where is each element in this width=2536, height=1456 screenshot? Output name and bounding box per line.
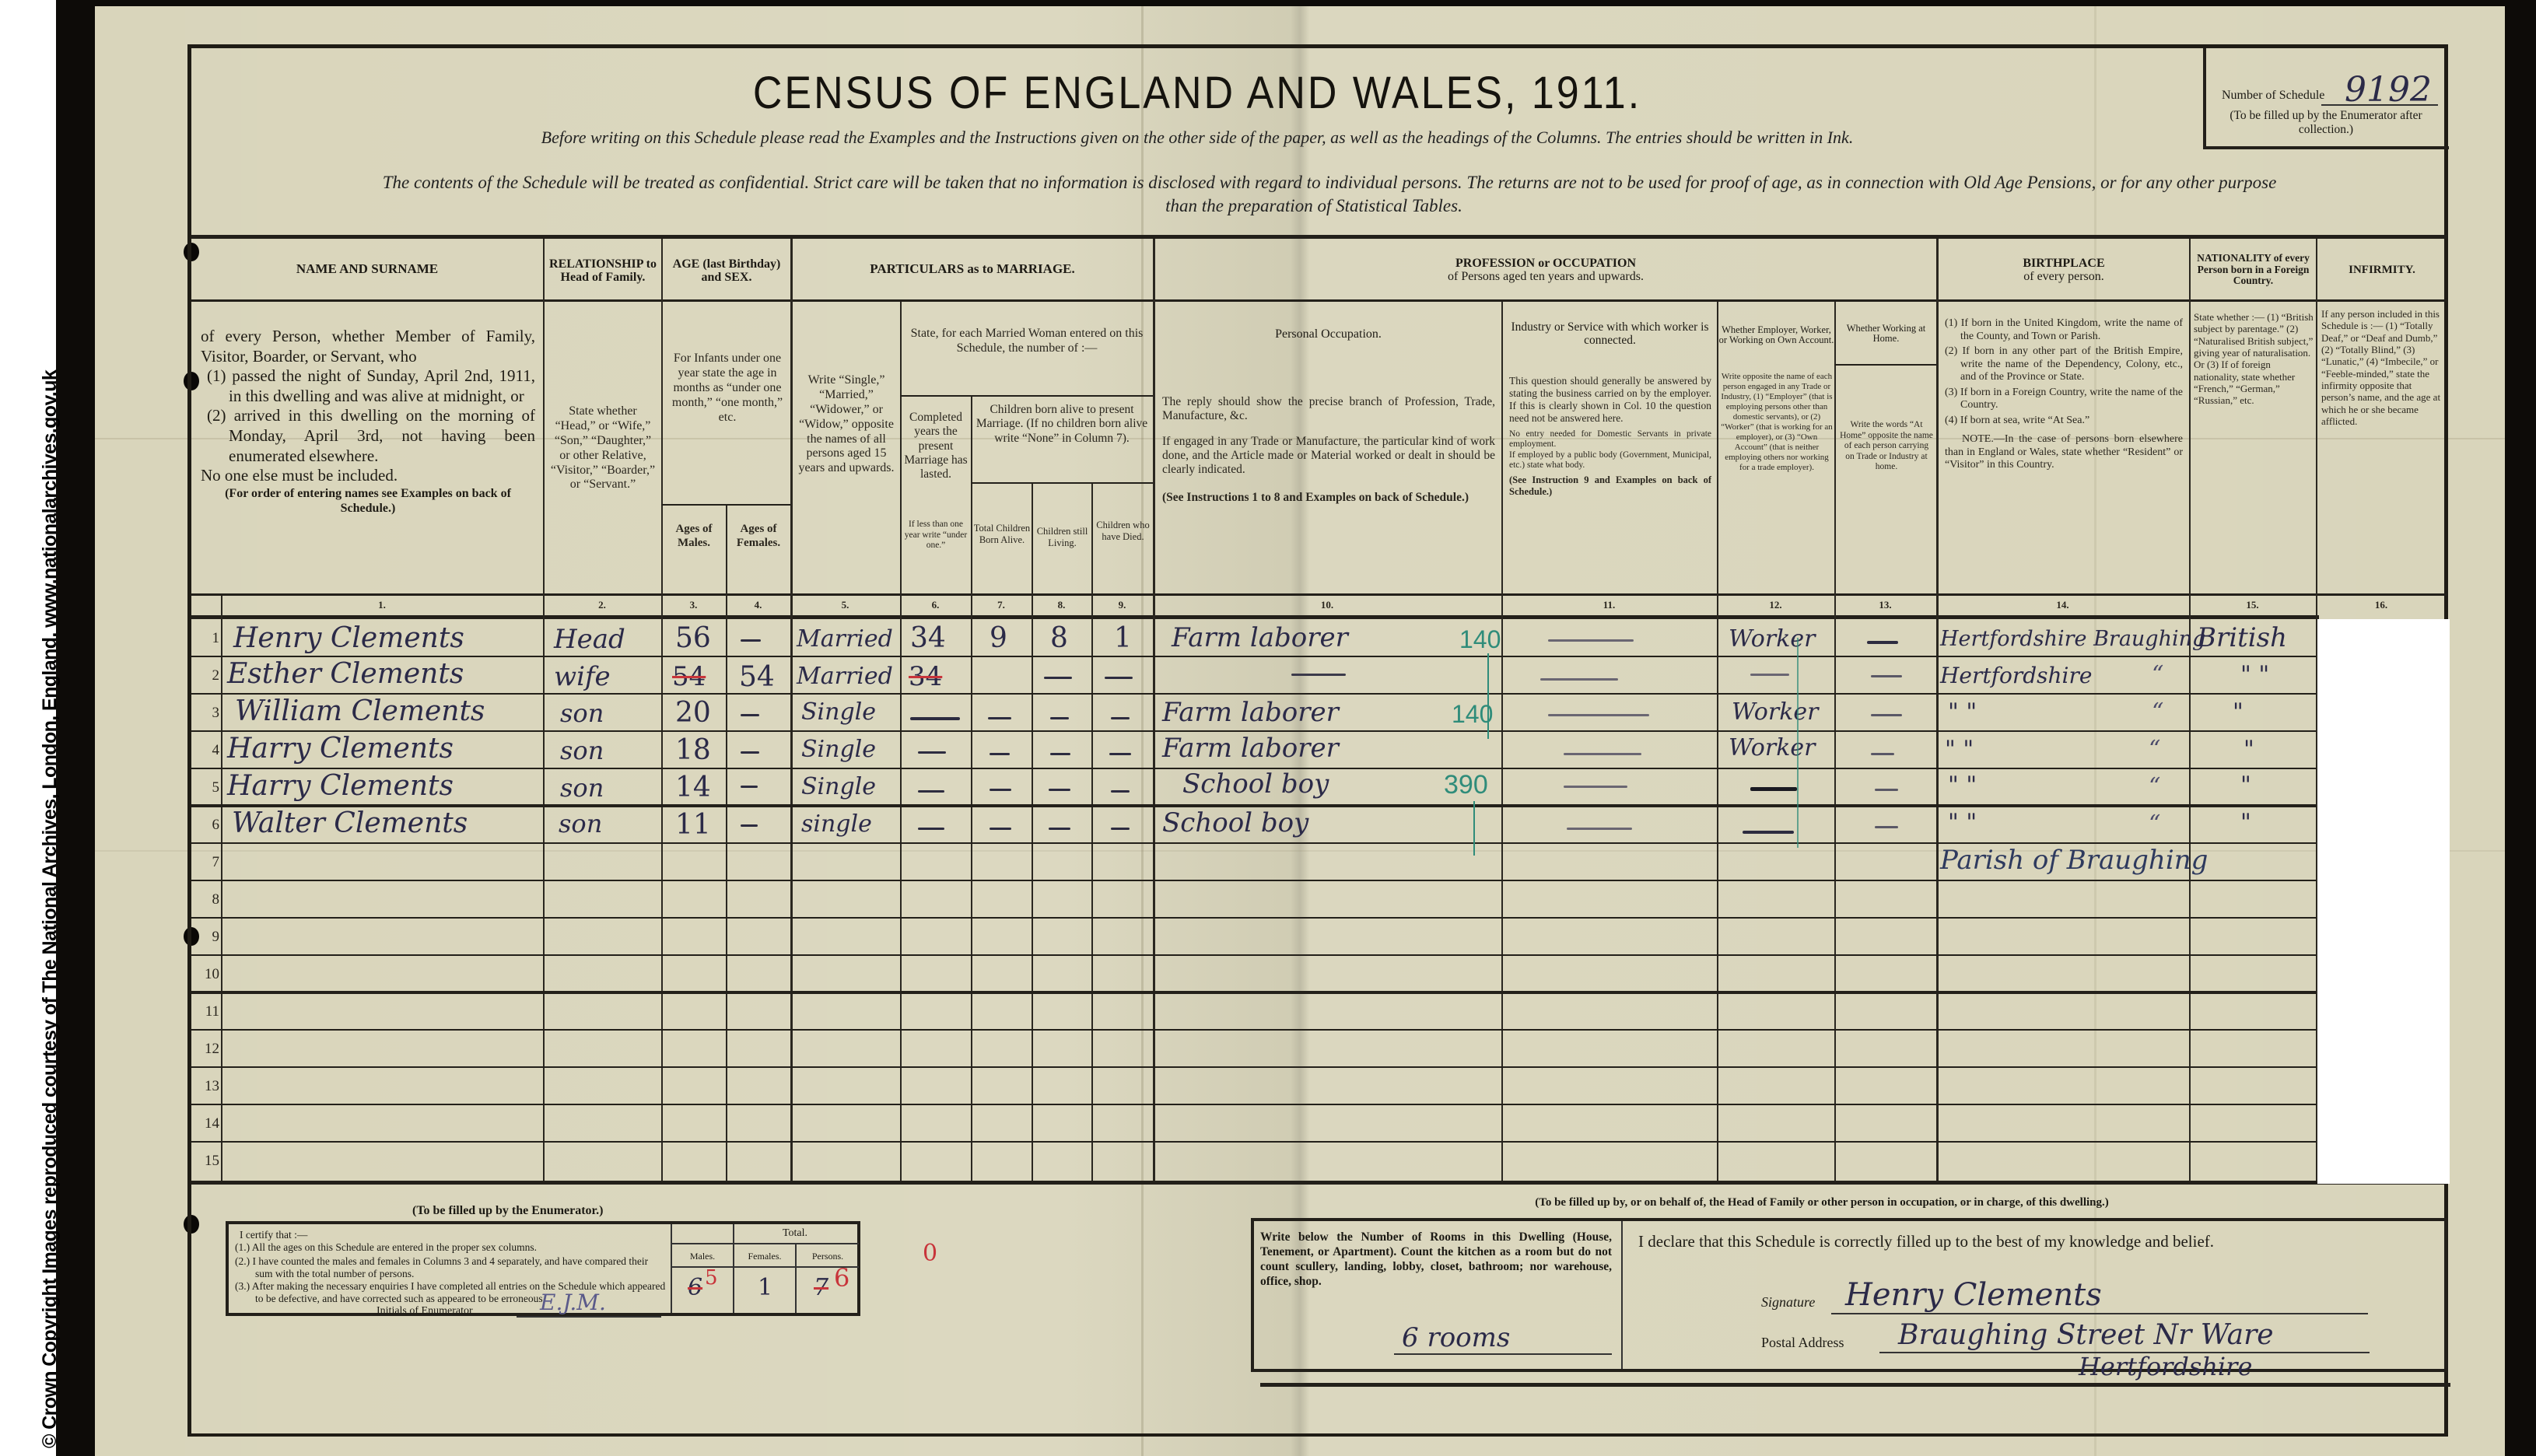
cell-birthplace[interactable]: " " xyxy=(1948,698,1977,726)
age-males-label: Ages of Males. xyxy=(663,523,725,550)
infirmity-instructions: If any person included in this Schedule … xyxy=(2321,308,2443,427)
col-divider xyxy=(1501,302,1503,1184)
cell-occupation-dash[interactable] xyxy=(1291,674,1346,676)
divider xyxy=(1834,364,1936,366)
cell-condition[interactable]: Married xyxy=(797,663,893,690)
marriage-years-note: If less than one year write “under one.” xyxy=(902,520,969,551)
col-number: 15. xyxy=(2189,599,2316,611)
cell-living-dash[interactable] xyxy=(1050,717,1069,719)
cell-age-male[interactable]: 14 xyxy=(675,772,711,803)
name-instr-3: (2) arrived in this dwelling on the morn… xyxy=(207,406,535,466)
col-divider xyxy=(1091,484,1093,1184)
cell-years-dash[interactable] xyxy=(918,751,946,754)
cell-died-dash[interactable] xyxy=(1111,790,1130,793)
divider xyxy=(900,395,1153,397)
home-label: Whether Working at Home. xyxy=(1836,305,1936,362)
heading-age: AGE (last Birthday) and SEX. xyxy=(663,241,790,300)
cell-living-dash[interactable] xyxy=(1049,828,1070,830)
cell-relationship[interactable]: wife xyxy=(554,661,611,692)
cell-birthplace[interactable]: " " xyxy=(1948,772,1977,799)
postal-address-label: Postal Address xyxy=(1761,1335,1844,1351)
name-instr-4: No one else must be included. xyxy=(201,466,535,486)
cell-relationship[interactable]: Head xyxy=(554,624,625,655)
personal-instr-2: If engaged in any Trade or Manufacture, … xyxy=(1162,435,1495,478)
industry-instr-1: This question should generally be answer… xyxy=(1509,375,1711,425)
cell-industry-dash[interactable] xyxy=(1548,639,1634,642)
divider xyxy=(191,615,2319,619)
males-value[interactable]: 6 xyxy=(688,1274,702,1301)
col-divider xyxy=(221,596,222,1184)
row-divider xyxy=(191,693,2316,695)
cell-industry-dash[interactable] xyxy=(1564,753,1641,755)
cell-birthplace-parish[interactable]: Parish of Braughing xyxy=(1940,845,2208,876)
cell-children-living-dash[interactable] xyxy=(1044,677,1072,679)
col-number: 12. xyxy=(1717,599,1834,611)
heading-occupation: PROFESSION or OCCUPATION of Persons aged… xyxy=(1155,241,1936,299)
heading-relationship: RELATIONSHIP to Head of Family. xyxy=(545,241,661,300)
divider xyxy=(672,1266,859,1268)
col-divider xyxy=(661,239,663,1184)
cell-children-died[interactable]: 1 xyxy=(1114,622,1132,654)
persons-value[interactable]: 7 xyxy=(814,1274,828,1301)
cell-children-died-dash[interactable] xyxy=(1105,677,1133,679)
cell-condition[interactable]: single xyxy=(801,810,872,838)
females-value[interactable]: 1 xyxy=(758,1274,772,1301)
cell-name[interactable]: Esther Clements xyxy=(227,658,464,690)
row-number: 7 xyxy=(187,854,219,871)
cell-occupation-code[interactable]: 390 xyxy=(1444,770,1488,800)
heading-infirmity-text: INFIRMITY. xyxy=(2349,264,2415,276)
cell-age-male-struck[interactable]: 54 xyxy=(672,661,706,692)
schedule-number-box: Number of Schedule 9192 (To be filled up… xyxy=(2203,48,2449,149)
cell-children-total[interactable]: 9 xyxy=(990,622,1007,654)
cell-industry-dash[interactable] xyxy=(1540,678,1618,681)
cell-age-female-dash[interactable] xyxy=(741,639,761,642)
industry-instructions: This question should generally be answer… xyxy=(1509,375,1711,497)
cell-home-dash[interactable] xyxy=(1871,753,1894,755)
cell-birthplace[interactable]: " " xyxy=(1948,809,1977,836)
postal-address-line2[interactable]: Hertfordshire xyxy=(2079,1352,2252,1381)
relationship-instructions: State whether “Head,” or “Wife,” “Son,” … xyxy=(549,404,657,492)
household-box: Write below the Number of Rooms in this … xyxy=(1251,1218,2447,1372)
industry-instr-3: If employed by a public body (Government… xyxy=(1509,450,1711,471)
birthplace-instr-1: (1) If born in the United Kingdom, write… xyxy=(1945,317,2183,343)
cell-children-living[interactable]: 8 xyxy=(1050,622,1068,654)
cell-total-dash[interactable] xyxy=(990,753,1010,755)
personal-instr-3: (See Instructions 1 to 8 and Examples on… xyxy=(1162,491,1495,505)
row-number: 12 xyxy=(187,1041,219,1058)
personal-occupation-instructions: The reply should show the precise branch… xyxy=(1162,395,1495,506)
divider xyxy=(661,504,790,506)
copyright-strip: © Crown Copyright Images reproduced cour… xyxy=(0,0,56,1456)
cell-age-female-dash[interactable] xyxy=(741,751,759,754)
title-block: CENSUS OF ENGLAND AND WALES, 1911. Befor… xyxy=(191,48,2203,235)
cell-died-dash[interactable] xyxy=(1109,753,1131,755)
cell-relationship[interactable]: son xyxy=(560,736,604,765)
cell-age-female[interactable]: 54 xyxy=(739,661,775,693)
col-number: 3. xyxy=(661,599,726,611)
row-number: 2 xyxy=(187,667,219,684)
cell-nationality[interactable]: " xyxy=(2244,736,2254,763)
divider xyxy=(191,299,2447,302)
cell-condition[interactable]: Single xyxy=(801,698,876,726)
heading-marriage-text: PARTICULARS as to MARRIAGE. xyxy=(870,262,1075,276)
cell-occupation[interactable]: School boy xyxy=(1162,807,1308,838)
row-number: 1 xyxy=(187,630,219,647)
tally-mark xyxy=(1487,653,1489,739)
col-number: 9. xyxy=(1091,599,1153,611)
marriage-years-label: Completed years the present Marriage has… xyxy=(902,411,969,481)
cell-home-dash[interactable] xyxy=(1871,675,1902,677)
heading-infirmity: INFIRMITY. xyxy=(2317,241,2447,299)
birthplace-instr-3: (3) If born in a Foreign Country, write … xyxy=(1945,387,2183,412)
cell-home-dash[interactable] xyxy=(1875,826,1898,828)
household-caption: (To be filled up by, or on behalf of, th… xyxy=(1301,1196,2343,1209)
col-number: 1. xyxy=(221,599,543,611)
married-woman-instructions: State, for each Married Woman entered on… xyxy=(904,327,1150,356)
row-divider xyxy=(191,1066,2316,1068)
cell-employer[interactable]: Worker xyxy=(1729,625,1815,653)
cell-name[interactable]: Walter Clements xyxy=(232,807,468,839)
heading-name: NAME AND SURNAME xyxy=(191,239,543,299)
heading-birthplace-text: BIRTHPLACE xyxy=(2023,257,2104,270)
cell-years-married[interactable]: 34 xyxy=(910,622,946,654)
cell-industry-dash[interactable] xyxy=(1548,714,1649,716)
cell-occupation[interactable]: Farm laborer xyxy=(1172,622,1348,653)
col-number: 7. xyxy=(971,599,1032,611)
personal-occupation-label: Personal Occupation. xyxy=(1155,303,1501,366)
row-number: 10 xyxy=(187,966,219,983)
cell-age-male[interactable]: 20 xyxy=(675,697,711,729)
cell-employer-dash[interactable] xyxy=(1750,787,1797,791)
cell-age-male[interactable]: 11 xyxy=(675,809,711,841)
cell-birthplace-ditto[interactable]: “ xyxy=(2152,661,2163,688)
heading-name-text: NAME AND SURNAME xyxy=(296,262,438,276)
col-number: 16. xyxy=(2316,599,2447,611)
row-number: 13 xyxy=(187,1078,219,1095)
heading-marriage: PARTICULARS as to MARRIAGE. xyxy=(792,239,1153,299)
cell-relationship[interactable]: son xyxy=(560,698,604,728)
cell-birthplace-ditto[interactable]: “ xyxy=(2152,698,2163,726)
schedule-number-value[interactable]: 9192 xyxy=(2345,70,2432,110)
col-divider xyxy=(790,239,793,1184)
divider xyxy=(672,1243,859,1244)
marriage-condition-instructions: Write “Single,” “Married,” “Widower,” or… xyxy=(795,373,898,476)
cell-birthplace-ditto[interactable]: “ xyxy=(2149,810,2160,838)
row-divider xyxy=(191,880,2316,881)
declaration-text: I declare that this Schedule is correctl… xyxy=(1638,1232,2214,1251)
row-number: 5 xyxy=(187,779,219,796)
tally-mark xyxy=(1797,638,1799,848)
birthplace-note: NOTE.—In the case of persons born elsewh… xyxy=(1945,433,2183,472)
row-divider xyxy=(191,991,2316,994)
cell-years-married[interactable]: 34 xyxy=(909,661,942,692)
red-check-mark: 0 xyxy=(923,1240,937,1267)
females-label: Females. xyxy=(734,1251,795,1262)
col-number: 5. xyxy=(790,599,900,611)
name-instr-5: (For order of entering names see Example… xyxy=(201,486,535,516)
cell-living-dash[interactable] xyxy=(1049,789,1070,791)
row-number: 6 xyxy=(187,817,219,834)
name-instructions: of every Person, whether Member of Famil… xyxy=(201,327,535,516)
instruction-line: Before writing on this Schedule please r… xyxy=(191,128,2203,148)
heading-relationship-text: RELATIONSHIP to Head of Family. xyxy=(545,257,661,285)
persons-label: Persons. xyxy=(797,1251,859,1262)
col-number: 10. xyxy=(1153,599,1501,611)
children-heading: Children born alive to present Marriage.… xyxy=(974,403,1150,446)
industry-label: Industry or Service with which worker is… xyxy=(1503,303,1717,366)
col-number: 11. xyxy=(1501,599,1717,611)
name-instr-1: of every Person, whether Member of Famil… xyxy=(201,327,535,366)
col-number: 8. xyxy=(1032,599,1091,611)
heading-occupation-subtext: of Persons aged ten years and upwards. xyxy=(1448,270,1644,283)
cell-age-female-dash[interactable] xyxy=(741,824,758,827)
tally-mark xyxy=(1473,801,1475,856)
rooms-value[interactable]: 6 rooms xyxy=(1402,1322,1510,1353)
row-number: 15 xyxy=(187,1153,219,1170)
col-divider xyxy=(1032,484,1033,1184)
cell-relationship[interactable]: son xyxy=(559,809,602,838)
col-number: 14. xyxy=(1936,599,2189,611)
rooms-instructions: Write below the Number of Rooms in this … xyxy=(1260,1230,1612,1290)
birthplace-instr-2: (2) If born in any other part of the Bri… xyxy=(1945,345,2183,384)
cell-nationality[interactable]: " xyxy=(2233,698,2244,726)
certify-item-1: (1.) All the ages on this Schedule are e… xyxy=(235,1241,666,1254)
row-divider xyxy=(191,1029,2316,1031)
cell-years-dash[interactable] xyxy=(910,717,960,720)
cell-nationality[interactable]: " xyxy=(2240,809,2251,836)
signature-value[interactable]: Henry Clements xyxy=(1845,1277,2102,1313)
cell-total-dash[interactable] xyxy=(990,789,1011,791)
col-number: 2. xyxy=(543,599,661,611)
cell-age-female-dash[interactable] xyxy=(741,714,759,716)
heading-nationality: NATIONALITY of every Person born in a Fo… xyxy=(2191,241,2316,299)
cell-nationality[interactable]: " " xyxy=(2240,661,2269,688)
children-total-label: Total Children Born Alive. xyxy=(972,523,1032,546)
cell-died-dash[interactable] xyxy=(1111,828,1130,830)
row-number: 11 xyxy=(187,1003,219,1020)
cell-employer[interactable]: Worker xyxy=(1729,734,1815,761)
cell-living-dash[interactable] xyxy=(1050,753,1070,755)
children-living-label: Children still Living. xyxy=(1033,526,1091,549)
cell-industry-dash[interactable] xyxy=(1564,786,1627,788)
cell-home-dash[interactable] xyxy=(1871,714,1902,716)
col-number: 13. xyxy=(1834,599,1936,611)
row-number: 3 xyxy=(187,705,219,722)
cell-died-dash[interactable] xyxy=(1111,717,1130,719)
col-divider xyxy=(2189,239,2191,1184)
heading-birthplace-subtext: of every person. xyxy=(2023,270,2104,283)
cell-total-dash[interactable] xyxy=(988,717,1011,719)
certify-item-2: (2.) I have counted the males and female… xyxy=(235,1255,666,1280)
males-label: Males. xyxy=(672,1251,733,1262)
cell-nationality[interactable]: " xyxy=(2240,772,2251,799)
cell-name[interactable]: Henry Clements xyxy=(233,622,464,654)
cell-employer-dash[interactable] xyxy=(1750,674,1789,676)
cell-employer[interactable]: Worker xyxy=(1732,698,1818,726)
cell-name[interactable]: William Clements xyxy=(235,695,485,727)
enumerator-caption: (To be filled up by the Enumerator.) xyxy=(412,1204,604,1218)
rooms-underline xyxy=(1394,1353,1612,1355)
col-divider xyxy=(543,239,545,1184)
heading-birthplace: BIRTHPLACE of every person. xyxy=(1939,241,2189,299)
signature-line xyxy=(1831,1313,2368,1314)
employer-instructions: Write opposite the name of each person e… xyxy=(1721,372,1833,473)
col-divider xyxy=(1834,302,1836,1184)
birthplace-instructions: (1) If born in the United Kingdom, write… xyxy=(1945,317,2183,472)
certify-label: I certify that :— xyxy=(240,1229,307,1241)
row-divider xyxy=(191,656,2316,657)
table-bottom xyxy=(191,1181,2447,1185)
children-died-label: Children who have Died. xyxy=(1093,520,1153,543)
age-instructions: For Infants under one year state the age… xyxy=(666,352,789,425)
col-divider xyxy=(1153,239,1155,1184)
col-divider xyxy=(1717,302,1718,1184)
cell-birthplace[interactable]: Hertfordshire xyxy=(1940,663,2092,688)
name-instr-2: (1) passed the night of Sunday, April 2n… xyxy=(207,366,535,406)
cell-nationality[interactable]: British xyxy=(2197,622,2287,653)
industry-instr-2: No entry needed for Domestic Servants in… xyxy=(1509,429,1711,450)
cell-occupation[interactable]: Farm laborer xyxy=(1162,733,1339,764)
cell-occupation[interactable]: Farm laborer xyxy=(1162,697,1339,728)
cell-industry-dash[interactable] xyxy=(1567,828,1632,830)
divider xyxy=(671,1224,672,1313)
heading-occupation-text: PROFESSION or OCCUPATION xyxy=(1455,257,1636,270)
cell-occupation-code[interactable]: 140 xyxy=(1459,625,1501,654)
signature-label: Signature xyxy=(1761,1294,1815,1311)
industry-instr-4: (See Instruction 9 and Examples on back … xyxy=(1509,474,1711,498)
col-number: 6. xyxy=(900,599,971,611)
cell-birthplace-ditto[interactable]: “ xyxy=(2149,736,2160,763)
row-divider xyxy=(191,1104,2316,1105)
initials-value[interactable]: E.J.M. xyxy=(540,1290,606,1315)
cell-birthplace[interactable]: Hertfordshire Braughing xyxy=(1940,627,2205,651)
cell-name[interactable]: Harry Clements xyxy=(227,770,454,802)
row-divider xyxy=(191,1141,2316,1143)
row-divider xyxy=(191,954,2316,956)
schedule-number-label: Number of Schedule xyxy=(2222,89,2324,103)
cell-years-dash[interactable] xyxy=(918,790,944,793)
cell-home-dash[interactable] xyxy=(1875,789,1898,791)
cell-name[interactable]: Harry Clements xyxy=(227,733,454,765)
confidential-line-2: than the preparation of Statistical Tabl… xyxy=(191,196,2436,216)
cell-condition[interactable]: Married xyxy=(797,625,893,653)
divider xyxy=(191,593,2447,596)
heading-age-text: AGE (last Birthday) and SEX. xyxy=(663,257,790,285)
nationality-instructions: State whether :— (1) “British subject by… xyxy=(2194,311,2314,407)
persons-corrected[interactable]: 6 xyxy=(834,1263,849,1293)
cell-employer-dash[interactable] xyxy=(1743,831,1794,834)
initials-underline xyxy=(517,1316,661,1318)
schedule-number-note: (To be filled up by the Enumerator after… xyxy=(2211,109,2441,137)
cell-occupation[interactable]: School boy xyxy=(1182,768,1329,800)
row-divider xyxy=(191,730,2316,732)
total-label: Total. xyxy=(733,1227,857,1241)
copyright-notice: © Crown Copyright Images reproduced cour… xyxy=(39,370,61,1448)
row-number: 8 xyxy=(187,891,219,908)
divider xyxy=(971,482,1153,484)
redacted-infirmity-column xyxy=(2317,619,2450,1184)
home-instructions: Write the words “At Home” opposite the n… xyxy=(1839,420,1934,473)
confidential-line: The contents of the Schedule will be tre… xyxy=(222,173,2436,193)
males-corrected[interactable]: 5 xyxy=(705,1266,718,1290)
col-divider xyxy=(900,302,902,1184)
cell-years-dash[interactable] xyxy=(918,828,944,830)
cell-condition[interactable]: Single xyxy=(801,773,876,800)
employer-label: Whether Employer, Worker, or Working on … xyxy=(1718,305,1834,366)
cell-home-dash[interactable] xyxy=(1867,641,1898,644)
row-number: 9 xyxy=(187,929,219,946)
postal-address-line1[interactable]: Braughing Street Nr Ware xyxy=(1898,1319,2274,1351)
cell-birthplace[interactable]: " " xyxy=(1945,736,1974,763)
cell-age-male[interactable]: 56 xyxy=(675,622,711,654)
col-divider xyxy=(1936,239,1939,1184)
heading-nationality-text: NATIONALITY of every Person born in a Fo… xyxy=(2191,253,2316,287)
cell-relationship[interactable]: son xyxy=(560,773,604,803)
cell-total-dash[interactable] xyxy=(990,828,1011,830)
cell-condition[interactable]: Single xyxy=(801,736,876,763)
row-number: 4 xyxy=(187,742,219,759)
divider xyxy=(1260,1383,2450,1387)
page-title: CENSUS OF ENGLAND AND WALES, 1911. xyxy=(191,67,2203,119)
enumerator-certificate-box: I certify that :— (1.) All the ages on t… xyxy=(226,1221,860,1316)
age-females-label: Ages of Females. xyxy=(727,523,790,550)
birthplace-instr-4: (4) If born at sea, write “At Sea.” xyxy=(1945,415,2183,428)
initials-label: Initials of Enumerator xyxy=(377,1305,473,1318)
row-divider xyxy=(191,842,2316,844)
row-number: 14 xyxy=(187,1115,219,1132)
row-divider xyxy=(191,917,2316,919)
cell-birthplace-ditto[interactable]: “ xyxy=(2149,773,2160,800)
cell-age-male[interactable]: 18 xyxy=(675,734,711,766)
rooms-cell: Write below the Number of Rooms in this … xyxy=(1254,1221,1623,1369)
personal-instr-1: The reply should show the precise branch… xyxy=(1162,395,1495,424)
cell-age-female-dash[interactable] xyxy=(741,786,758,788)
col-number: 4. xyxy=(726,599,790,611)
